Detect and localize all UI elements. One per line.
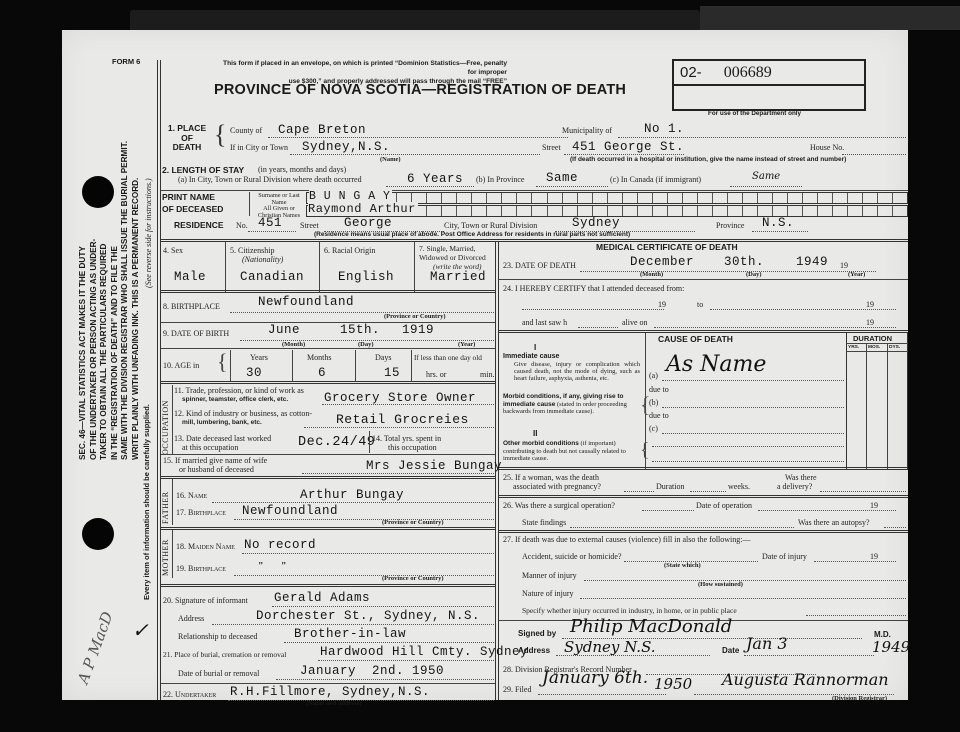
street-value[interactable]: 451 George St.	[572, 140, 684, 154]
dob-month[interactable]: June	[268, 323, 300, 337]
cause-a-value[interactable]: As Name	[666, 352, 766, 377]
residence-no-label: No.	[236, 221, 248, 230]
duration-col-yrs: YRS.	[848, 345, 859, 350]
physician-address-label: Address	[518, 646, 550, 655]
how-sustained-caption: (How sustained)	[698, 581, 743, 588]
form-title: PROVINCE OF NOVA SCOTIA—REGISTRATION OF …	[214, 82, 626, 98]
scan-shadow	[700, 6, 960, 30]
delivery-label: Was there a delivery?	[777, 473, 817, 491]
municipality-label: Municipality of	[562, 126, 612, 135]
state-which-caption: (State which)	[664, 562, 701, 569]
duration-col-dys: DYS.	[889, 345, 900, 350]
total-years-label: 14. Total yrs. spent in this occupation	[372, 434, 441, 452]
immediate-cause-label: Immediate cause	[503, 353, 559, 360]
surname-label: Surname or Last Name	[252, 192, 306, 206]
residence-city-value[interactable]: Sydney	[572, 216, 620, 230]
cause-a-label: (a)	[649, 371, 658, 380]
roman-one: I	[534, 343, 536, 352]
age-hrs-label: hrs. or	[426, 370, 446, 379]
father-birthplace-caption: (Province or Country)	[382, 519, 444, 526]
citizenship-label: 5. Citizenship	[230, 246, 274, 255]
registration-number-box: 02- 006689	[672, 59, 866, 111]
residence-no-value[interactable]: 451	[258, 216, 282, 230]
due-to-label-2: due to	[649, 411, 669, 420]
due-to-label-1: due to	[649, 385, 669, 394]
certify-to-19: 19	[866, 300, 874, 309]
filed-year-value[interactable]: 1950	[654, 675, 692, 693]
division-registrar-signature[interactable]: Augusta Rannorman	[722, 670, 889, 689]
age-months-value[interactable]: 6	[318, 366, 326, 380]
mother-birthplace-value[interactable]: " "	[258, 561, 287, 572]
age-days-label: Days	[375, 353, 391, 362]
residence-city-label: City, Town or Rural Division	[444, 221, 537, 230]
alive-on-19: 19	[866, 318, 874, 327]
mother-maiden-label: 18. Maiden Name	[176, 542, 235, 551]
citizenship-value[interactable]: Canadian	[240, 270, 304, 284]
dob-year[interactable]: 1919	[402, 323, 434, 337]
sex-value[interactable]: Male	[174, 270, 206, 284]
trade-label: 11. Trade, profession, or kind of work a…	[174, 386, 304, 404]
street-label: Street	[542, 143, 561, 152]
duration-col-mos: MOS.	[868, 345, 880, 350]
handwritten-initials: A P MacD	[74, 609, 117, 686]
informant-name-value[interactable]: Gerald Adams	[274, 591, 370, 605]
name-caption: (Name)	[380, 156, 401, 163]
age-years-value[interactable]: 30	[246, 366, 262, 380]
death-year-prefix: 19	[840, 261, 848, 270]
informant-signature-label: 20. Signature of informant	[163, 596, 248, 605]
racial-origin-label: 6. Racial Origin	[324, 246, 375, 255]
physician-address-value[interactable]: Sydney N.S.	[564, 638, 656, 656]
father-birthplace-label: 17. Birthplace	[176, 508, 226, 517]
death-day-value[interactable]: 30th.	[724, 255, 764, 269]
county-value[interactable]: Cape Breton	[278, 123, 366, 137]
print-name-label: PRINT NAMEOF DECEASED	[162, 191, 223, 215]
father-birthplace-value[interactable]: Newfoundland	[242, 504, 338, 518]
cause-b-label: (b)	[649, 398, 658, 407]
state-findings-label: State findings	[522, 518, 566, 527]
marital-status-label: 7. Single, Married, Widowed or Divorced …	[419, 244, 486, 271]
given-names-value[interactable]: Raymond Arthur	[308, 202, 418, 216]
dob-month-caption: (Month)	[282, 341, 305, 348]
birthplace-value[interactable]: Newfoundland	[258, 295, 354, 309]
residence-province-value[interactable]: N.S.	[762, 216, 794, 230]
physician-year-value[interactable]: 1949	[872, 638, 910, 656]
place-of-death-label: 1. PLACEOFDEATH	[162, 124, 212, 153]
age-less-than-day-label: If less than one day old	[414, 353, 482, 362]
hospital-note: (If death occurred in a hospital or inst…	[570, 156, 846, 163]
mother-section-label: MOTHER	[161, 539, 170, 576]
informant-address-label: Address	[178, 614, 204, 623]
autopsy-label: Was there an autopsy?	[798, 518, 870, 527]
physician-date-label: Date	[722, 646, 739, 655]
death-month-value[interactable]: December	[630, 255, 694, 269]
death-year-value[interactable]: 1949	[796, 255, 828, 269]
house-no-label: House No.	[810, 143, 844, 152]
age-years-label: Years	[250, 353, 268, 362]
burial-place-value[interactable]: Hardwood Hill Cmty. Sydney	[320, 645, 528, 659]
trade-value[interactable]: Grocery Store Owner	[324, 391, 476, 405]
stay-province-label: (b) In Province	[476, 175, 524, 184]
county-label: County of	[230, 126, 262, 135]
morbid-conditions-desc: Morbid conditions, if any, giving rise t…	[503, 393, 637, 416]
residence-province-label: Province	[716, 221, 744, 230]
pregnancy-label: 25. If a woman, was the death associated…	[503, 473, 601, 491]
date-of-injury-label: Date of injury	[762, 552, 807, 561]
municipality-value[interactable]: No 1.	[644, 122, 684, 136]
stay-canada-label: (c) In Canada (if immigrant)	[610, 175, 701, 184]
death-day-caption: (Day)	[746, 271, 762, 278]
physician-signature[interactable]: Philip MacDonald	[570, 616, 732, 637]
relationship-value[interactable]: Brother-in-law	[294, 627, 406, 641]
dob-day-caption: (Day)	[358, 341, 374, 348]
spouse-label: 15. If married give name of wife or husb…	[163, 456, 267, 474]
operation-19: 19	[870, 501, 878, 510]
citizenship-sub: (Nationality)	[242, 255, 283, 264]
undertaker-caption: (Name and address)	[306, 700, 362, 707]
punch-hole	[82, 518, 114, 550]
dob-year-caption: (Year)	[458, 341, 475, 348]
certify-label: 24. I HEREBY CERTIFY that I attended dec…	[503, 284, 684, 293]
other-conditions-desc: Other morbid conditions (if important) c…	[503, 440, 637, 463]
informant-address-value[interactable]: Dorchester St., Sydney, N.S.	[256, 609, 480, 623]
city-label: If in City or Town	[230, 143, 288, 152]
physician-date-value[interactable]: Jan 3	[746, 634, 788, 653]
father-name-label: 16. Name	[176, 491, 207, 500]
residence-street-label: Street	[300, 221, 319, 230]
age-min-label: min.	[480, 370, 494, 379]
manner-of-injury-label: Manner of injury	[522, 571, 577, 580]
signed-by-label: Signed by	[518, 629, 556, 638]
filed-label: 29. Filed	[503, 685, 531, 694]
certify-from-19: 19	[658, 300, 666, 309]
roman-two: II	[533, 429, 537, 438]
nature-of-injury-label: Nature of injury	[522, 589, 574, 598]
age-label: 10. AGE in	[163, 361, 199, 370]
surgical-operation-label: 26. Was there a surgical operation?	[503, 501, 615, 510]
dob-day[interactable]: 15th.	[340, 323, 380, 337]
stay-city-label: (a) In City, Town or Rural Division wher…	[178, 175, 362, 184]
length-of-stay-note: (in years, months and days)	[258, 165, 346, 174]
legal-notice: SEC. 46—VITAL STATISTICS ACT MAKES IT TH…	[78, 141, 141, 460]
stay-canada-value[interactable]: Same	[752, 171, 780, 182]
occupation-section-label: OCCUPATION	[161, 400, 170, 455]
burial-date-value[interactable]: January 2nd. 1950	[300, 664, 444, 678]
residence-label: RESIDENCE	[174, 220, 224, 230]
stay-province-value[interactable]: Same	[546, 171, 578, 185]
cause-of-death-title: CAUSE OF DEATH	[658, 334, 733, 344]
check-mark-icon: ✓	[132, 618, 149, 642]
burial-place-label: 21. Place of burial, cremation or remova…	[163, 650, 286, 659]
age-months-label: Months	[307, 353, 331, 362]
sex-label: 4. Sex	[163, 246, 183, 255]
registration-prefix: 02-	[680, 64, 702, 81]
filed-date-value[interactable]: January 6th.	[542, 668, 648, 688]
spouse-value[interactable]: Mrs Jessie Bungay	[366, 459, 502, 473]
city-value[interactable]: Sydney,N.S.	[302, 140, 390, 154]
residence-note: (Residence means usual place of abode. P…	[314, 231, 630, 238]
age-days-value[interactable]: 15	[384, 366, 400, 380]
specify-place-label: Specify whether injury occurred in indus…	[522, 606, 737, 615]
undertaker-label: 22. Undertaker	[163, 690, 216, 699]
injury-19: 19	[870, 552, 878, 561]
father-name-value[interactable]: Arthur Bungay	[300, 488, 404, 502]
medical-certificate-title: MEDICAL CERTIFICATE OF DEATH	[596, 242, 738, 252]
department-note: For use of the Department only	[708, 110, 801, 117]
last-saw-label: and last saw h	[522, 318, 567, 327]
duration-label: Duration	[656, 482, 684, 491]
stay-city-value[interactable]: 6 Years	[407, 172, 463, 186]
marital-status-value[interactable]: Married	[430, 270, 486, 284]
scan-shadow	[130, 10, 700, 32]
mother-maiden-value[interactable]: No record	[244, 538, 316, 552]
certify-to-label: to	[697, 300, 703, 309]
industry-value[interactable]: Retail Grocreies	[336, 412, 469, 427]
division-registrar-caption: (Division Registrar)	[832, 695, 887, 702]
father-section-label: FATHER	[161, 491, 170, 524]
dob-label: 9. DATE OF BIRTH	[163, 329, 229, 338]
registration-number: 006689	[724, 64, 772, 82]
cause-c-label: (c)	[649, 424, 658, 433]
date-of-death-label: 23. DATE OF DEATH	[503, 261, 576, 270]
every-item-note: Every item of information should be care…	[142, 404, 151, 600]
mother-birthplace-caption: (Province or Country)	[382, 575, 444, 582]
death-registration-form: SEC. 46—VITAL STATISTICS ACT MAKES IT TH…	[62, 30, 908, 700]
weeks-label: weeks.	[728, 482, 750, 491]
undertaker-value[interactable]: R.H.Fillmore, Sydney,N.S.	[230, 685, 430, 699]
see-reverse-note: (See reverse side for instructions.)	[144, 178, 153, 288]
accident-label: Accident, suicide or homicide?	[522, 552, 622, 561]
last-worked-value[interactable]: Dec.24/49	[298, 435, 375, 450]
racial-origin-value[interactable]: English	[338, 270, 394, 284]
alive-on-label: alive on	[622, 318, 648, 327]
burial-date-label: Date of burial or removal	[178, 669, 259, 678]
death-year-caption: (Year)	[848, 271, 865, 278]
birthplace-caption: (Province or Country)	[384, 313, 446, 320]
last-worked-label: 13. Date deceased last worked at this oc…	[174, 434, 271, 452]
length-of-stay-label: 2. LENGTH OF STAY	[162, 165, 244, 175]
residence-street-value[interactable]: George	[344, 216, 392, 230]
immediate-cause-desc: Give disease, injury or complication whi…	[514, 361, 640, 382]
relationship-label: Relationship to deceased	[178, 632, 258, 641]
duration-title: DURATION	[853, 334, 892, 343]
industry-label: 12. Kind of industry or business, as cot…	[174, 409, 312, 427]
death-month-caption: (Month)	[640, 271, 663, 278]
external-causes-label: 27. If death was due to external causes …	[503, 535, 750, 544]
mother-birthplace-label: 19. Birthplace	[176, 564, 226, 573]
date-of-operation-label: Date of operation	[696, 501, 752, 510]
birthplace-label: 8. BIRTHPLACE	[163, 302, 220, 311]
form-number: FORM 6	[112, 57, 140, 66]
